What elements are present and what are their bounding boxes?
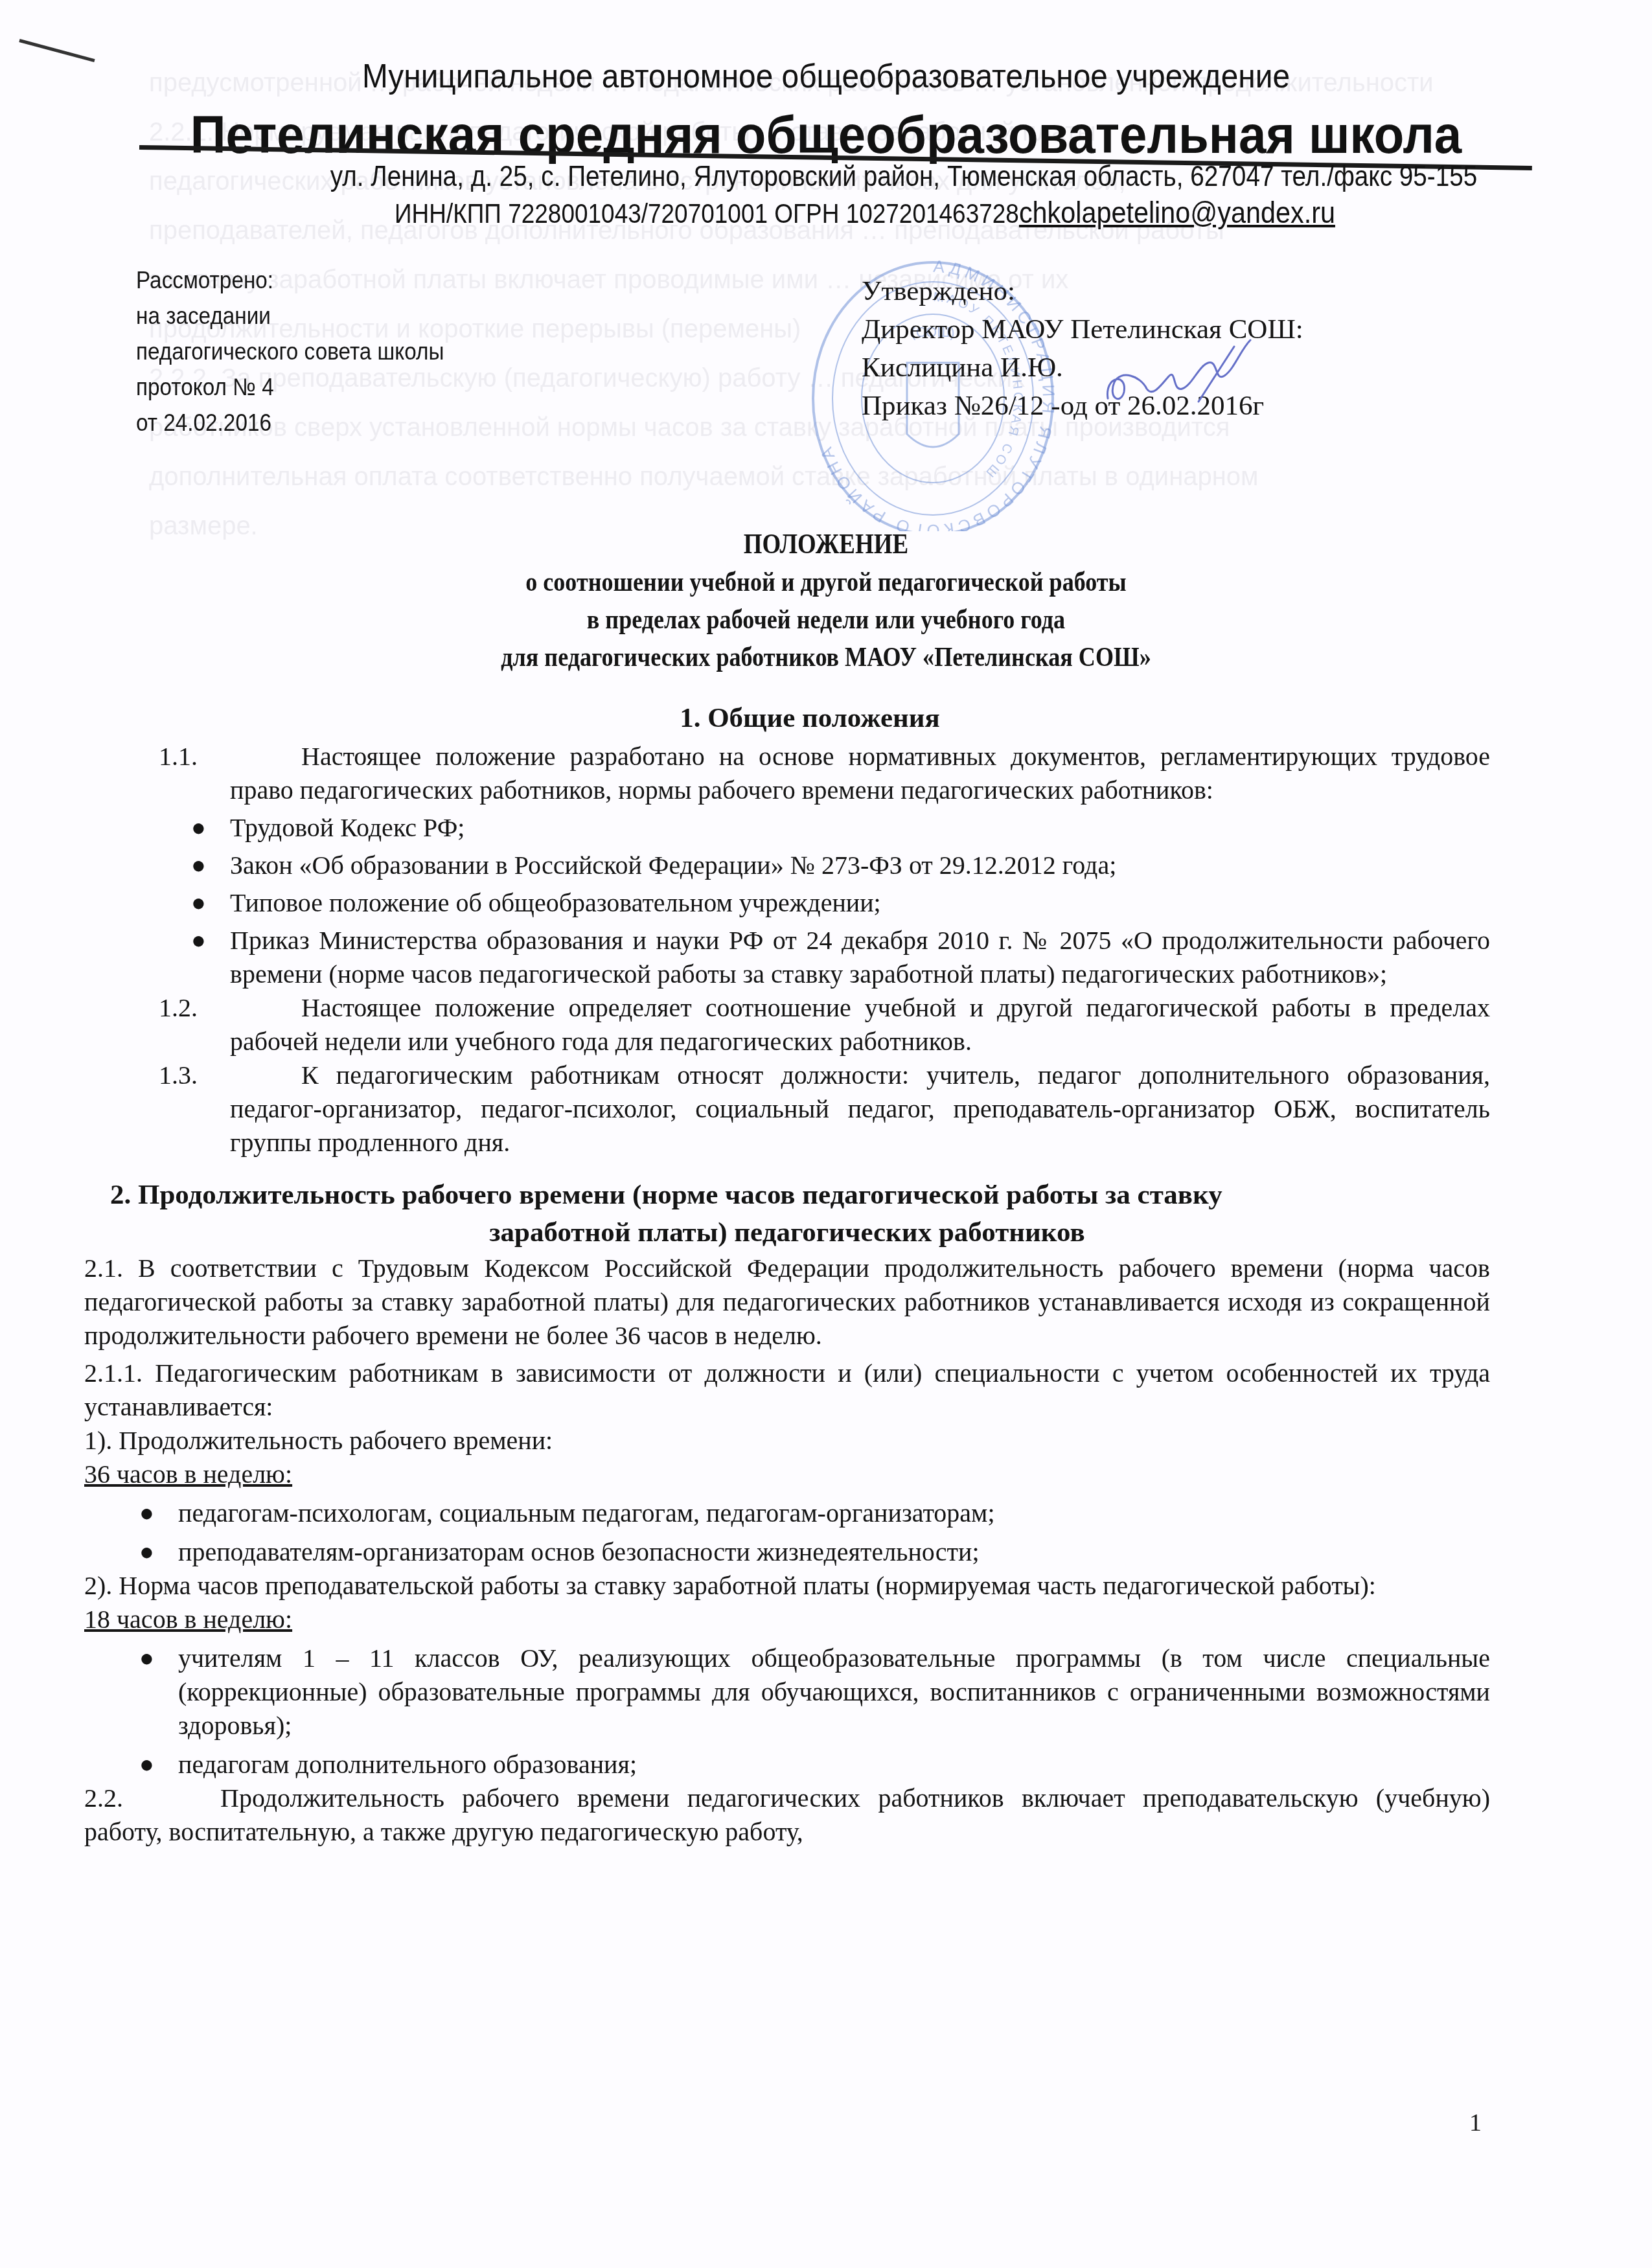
list-item: ●педагогам дополнительного образования;: [84, 1748, 1490, 1781]
review-line: на заседании: [136, 298, 444, 334]
clause-2-1-1: 2.1.1. Педагогическим работникам в завис…: [84, 1357, 1490, 1424]
clause-number: 2.2.: [84, 1783, 123, 1813]
letterhead-requisites: ИНН/КПП 7228001043/720701001 ОГРН 102720…: [138, 194, 1592, 230]
document-title: ПОЛОЖЕНИЕ о соотношении учебной и другой…: [0, 525, 1652, 676]
clause-number: 1.2.: [159, 991, 198, 1025]
section-1-heading: 1. Общие положения: [130, 700, 1490, 737]
bullet-icon: ●: [139, 1535, 154, 1569]
list-item-text: педагогам дополнительного образования;: [178, 1750, 637, 1779]
clause-text: Продолжительность рабочего времени педаг…: [84, 1783, 1490, 1846]
subclause-1-hours: 36 часов в неделю:: [84, 1458, 1490, 1491]
letterhead-org-type: Муниципальное автономное общеобразовател…: [66, 57, 1586, 96]
bullet-icon: ●: [139, 1748, 154, 1781]
bullet-icon: ●: [191, 849, 206, 882]
list-item-text: преподавателям-организаторам основ безоп…: [178, 1537, 980, 1566]
subclause-1-label: 1). Продолжительность рабочего времени:: [84, 1424, 1490, 1458]
subclause-2-hours: 18 часов в неделю:: [84, 1603, 1490, 1636]
bullet-icon: ●: [139, 1496, 154, 1530]
clause-number: 1.1.: [159, 740, 198, 773]
list-item: ●Закон «Об образовании в Российской Феде…: [130, 849, 1490, 882]
section-2-heading-line: заработной платы) педагогических работни…: [84, 1214, 1490, 1252]
review-line: педагогического совета школы: [136, 334, 444, 369]
signature-icon: [1101, 337, 1270, 408]
bullet-icon: ●: [191, 811, 206, 845]
document-page: предусмотренной … рабочей недели … педаг…: [0, 0, 1652, 2268]
clause-text: Настоящее положение определяет соотношен…: [230, 993, 1490, 1056]
clause-1-1: 1.1. Настоящее положение разработано на …: [130, 740, 1490, 807]
document-body: 1. Общие положения 1.1. Настоящее положе…: [130, 700, 1490, 1849]
email-link[interactable]: chkolapetelino@yandex.ru: [1019, 195, 1335, 229]
approval-line: Утверждено:: [862, 272, 1303, 310]
subclause-2-label: 2). Норма часов преподавательской работы…: [84, 1569, 1490, 1603]
section-2-heading: 2. Продолжительность рабочего времени (н…: [84, 1176, 1490, 1252]
title-sub: в пределах рабочей недели или учебного г…: [132, 601, 1520, 639]
page-number: 1: [1469, 2109, 1482, 2137]
list-item: ●Трудовой Кодекс РФ;: [130, 811, 1490, 845]
list-item: ●учителям 1 – 11 классов ОУ, реализующих…: [84, 1642, 1490, 1743]
list-item-text: педагогам-психологам, социальным педагог…: [178, 1498, 995, 1528]
review-line: протокол № 4: [136, 369, 444, 405]
list-item-text: Трудовой Кодекс РФ;: [230, 813, 465, 842]
clause-number: 1.3.: [159, 1059, 198, 1092]
list-item: ●преподавателям-организаторам основ безо…: [84, 1535, 1490, 1569]
clause-text: К педагогическим работникам относят долж…: [230, 1060, 1490, 1157]
list-item-text: учителям 1 – 11 классов ОУ, реализующих …: [178, 1644, 1490, 1740]
list-item-text: Приказ Министерства образования и науки …: [230, 926, 1490, 989]
list-item: ●Приказ Министерства образования и науки…: [130, 924, 1490, 991]
list-item: ●педагогам-психологам, социальным педаго…: [84, 1496, 1490, 1530]
section-2-heading-line: 2. Продолжительность рабочего времени (н…: [84, 1176, 1490, 1214]
bullet-icon: ●: [139, 1642, 154, 1675]
bullet-icon: ●: [191, 886, 206, 920]
bullet-icon: ●: [191, 924, 206, 957]
letterhead-address: ул. Ленина, д. 25, с. Петелино, Ялуторов…: [177, 161, 1631, 193]
review-line: от 24.02.2016: [136, 405, 444, 441]
clause-1-3: 1.3. К педагогическим работникам относят…: [130, 1059, 1490, 1160]
title-sub: о соотношении учебной и другой педагогич…: [132, 564, 1520, 601]
review-block: Рассмотрено: на заседании педагогическог…: [136, 262, 444, 441]
clause-2-2: 2.2.Продолжительность рабочего времени п…: [84, 1781, 1490, 1849]
list-item-text: Типовое положение об общеобразовательном…: [230, 888, 881, 917]
clause-1-2: 1.2. Настоящее положение определяет соот…: [130, 991, 1490, 1059]
section-2-content: 2.1. В соответствии с Трудовым Кодексом …: [84, 1252, 1490, 1849]
title-main: ПОЛОЖЕНИЕ: [132, 525, 1520, 564]
title-sub: для педагогических работников МАОУ «Пете…: [132, 639, 1520, 676]
review-line: Рассмотрено:: [136, 262, 444, 298]
list-item: ●Типовое положение об общеобразовательно…: [130, 886, 1490, 920]
list-item-text: Закон «Об образовании в Российской Федер…: [230, 851, 1116, 880]
requisites-text: ИНН/КПП 7228001043/720701001 ОГРН 102720…: [395, 198, 1019, 229]
clause-2-1: 2.1. В соответствии с Трудовым Кодексом …: [84, 1252, 1490, 1353]
clause-text: Настоящее положение разработано на основ…: [230, 742, 1490, 805]
